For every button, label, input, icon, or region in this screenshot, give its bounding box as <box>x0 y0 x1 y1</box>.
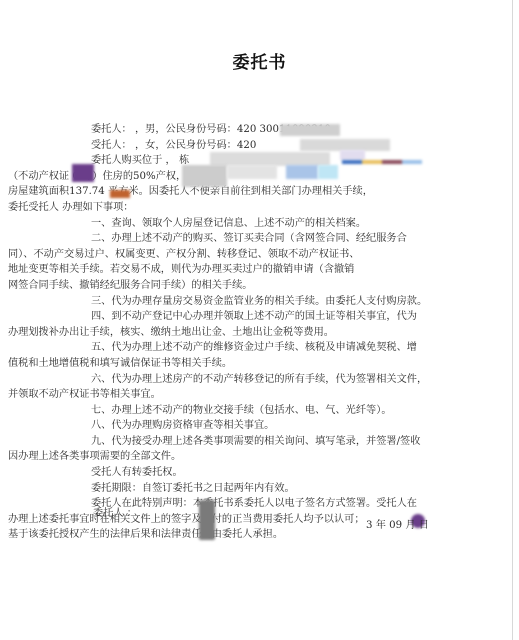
redaction-cert-4 <box>318 165 338 179</box>
item-5-a: 五、代为办理上述不动产的维修资金过户手续、核税及申请减免契税、增 <box>71 340 447 356</box>
item-2-c: 地址变更等相关手续。若交易不成，则代为办理买卖过户的撤销申请（含撤销 <box>8 262 447 278</box>
redaction-purple-block <box>72 164 94 182</box>
redaction-cert-3 <box>286 165 318 179</box>
item-8: 八、代为办理购房资格审查等相关事宜。 <box>71 418 447 434</box>
redaction-address-1 <box>210 152 330 166</box>
item-2-d: 网签合同手续、撤销经纪服务合同手续）的相关手续。 <box>8 278 447 294</box>
redaction-signature <box>199 500 215 540</box>
redaction-id-1 <box>280 124 340 136</box>
item-2-b: 同）、不动产交易过户、权属变更、产权分割、转移登记、领取不动产权证书、 <box>8 247 447 263</box>
term-clause: 委托期限：自签订委托书之日起两年内有效。 <box>71 481 447 497</box>
redaction-address-2 <box>340 150 365 160</box>
item-1: 一、查询、领取个人房屋登记信息、上述不动产的相关档案。 <box>71 216 447 232</box>
property-line-4: 委托受托人 办理如下事项： <box>8 200 447 216</box>
item-9-a: 九、代为接受办理上述各类事项需要的相关询问、填写笔录，并签署/签收 <box>71 434 447 450</box>
principal-line: 委托人： ，男，公民身份号码：420 30011090310 <box>71 122 447 138</box>
agent-line: 受托人： ，女，公民身份号码：420 <box>71 138 447 154</box>
redaction-agent-name <box>110 190 130 198</box>
document-body: 委托人： ，男，公民身份号码：420 30011090310 受托人： ，女，公… <box>71 122 447 543</box>
subdelegation-clause: 受托人有转委托权。 <box>71 465 447 481</box>
redaction-color-bar <box>342 160 422 164</box>
item-2-a: 二、办理上述不动产的购买、签订买卖合同（含网签合同、经纪服务合 <box>71 231 447 247</box>
signature-date: 3 年 09 月 日 <box>366 516 429 531</box>
redaction-cert-2 <box>227 165 277 179</box>
item-4-b: 办理划拨补办出让手续，核实、缴纳土地出让金、土地出让金税等费用。 <box>8 325 447 341</box>
item-4-a: 四、到不动产登记中心办理并领取上述不动产的国土证等相关事宜，代为 <box>71 309 447 325</box>
document-title: 委托书 <box>0 48 519 73</box>
signature-label: 委托人 ： <box>93 504 137 519</box>
item-7: 七、办理上述不动产的物业交接手续（包括水、电、气、光纤等）。 <box>71 403 447 419</box>
item-5-b: 值税和土地增值税和填写诚信保证书等相关手续。 <box>8 356 447 372</box>
redaction-cert-1 <box>182 165 227 187</box>
item-3: 三、代为办理存量房交易资金监管业务的相关手续。由委托人支付购房款。 <box>71 294 447 310</box>
property-line-3: 房屋建筑面积137.74 平方米。因委托人不便亲自前往到相关部门办理相关手续， <box>8 184 447 200</box>
page-edge <box>512 0 513 640</box>
item-9-b: 因办理上述各类事项需要的全部文件。 <box>8 449 447 465</box>
item-6-b: 并领取不动产权证书等相关事宜。 <box>8 387 447 403</box>
item-6-a: 六、代为办理上述房产的不动产转移登记的所有手续，代为签署相关文件， <box>71 372 447 388</box>
